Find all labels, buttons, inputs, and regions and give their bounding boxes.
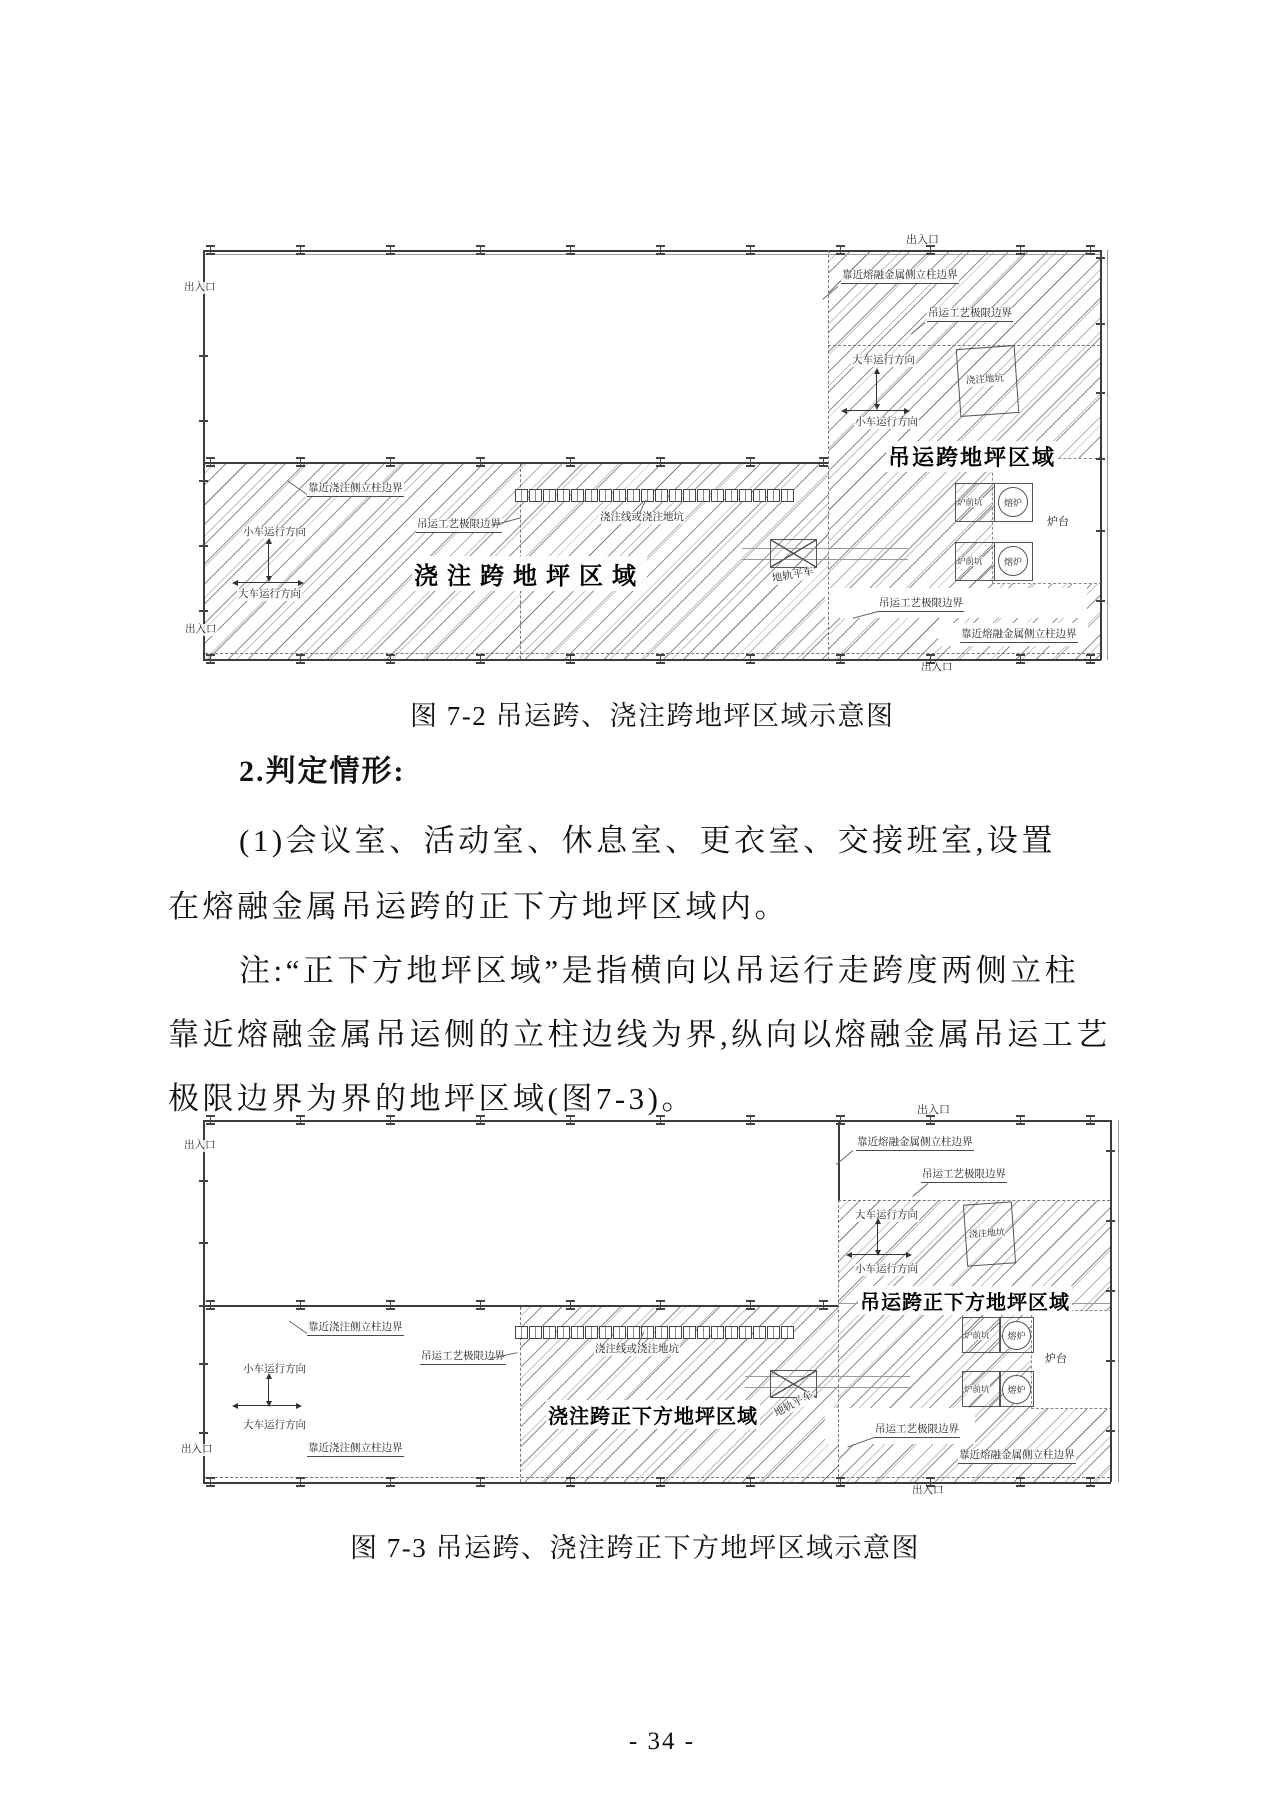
crane-bay-region-title: 吊运跨地坪区域 bbox=[886, 441, 1058, 472]
column-tick bbox=[206, 245, 215, 255]
melting-furnace-box: 熔炉 bbox=[994, 483, 1033, 522]
pour-line-square bbox=[739, 1326, 752, 1339]
column-tick bbox=[296, 1477, 305, 1487]
pour-line-square bbox=[599, 489, 612, 502]
wall-tick bbox=[199, 545, 208, 547]
pour-line-square bbox=[599, 1326, 612, 1339]
figure-7-3-caption: 图 7-3 吊运跨、浇注跨正下方地坪区域示意图 bbox=[350, 1526, 920, 1565]
column-tick bbox=[476, 245, 485, 255]
column-tick bbox=[476, 654, 485, 664]
rail-line bbox=[742, 559, 908, 560]
column-tick bbox=[386, 457, 395, 467]
column-tick bbox=[1016, 654, 1025, 664]
pour-line-square bbox=[585, 489, 598, 502]
pour-line-square bbox=[571, 1326, 584, 1339]
column-tick bbox=[386, 245, 395, 255]
crane-bay-region-title: 吊运跨正下方地坪区域 bbox=[858, 1286, 1072, 1315]
column-tick bbox=[746, 457, 755, 467]
right-wall-outer-line bbox=[1118, 1120, 1119, 1482]
column-tick bbox=[566, 245, 575, 255]
pour-line-square bbox=[669, 489, 682, 502]
pour-line-square bbox=[613, 489, 626, 502]
small-cart-direction-label: 小车运行方向 bbox=[854, 1264, 919, 1276]
furnace-front-pit-box: 炉前坑 bbox=[955, 483, 995, 522]
column-tick bbox=[1086, 654, 1095, 664]
furnace-front-pit-label: 炉前坑 bbox=[957, 498, 983, 507]
column-tick bbox=[926, 245, 935, 255]
column-tick bbox=[926, 1115, 935, 1125]
near-molten-column-boundary-label: 靠近熔融金属侧立柱边界 bbox=[841, 270, 959, 284]
pour-line-or-pit-label: 浇注线或浇注地坑 bbox=[594, 1344, 680, 1356]
vertical-double-arrow bbox=[268, 1379, 269, 1401]
pour-line-square bbox=[683, 489, 696, 502]
wall-tick bbox=[1106, 1360, 1115, 1362]
paragraph-line: (1)会议室、活动室、休息室、更衣室、交接班室,设置 bbox=[239, 815, 1056, 860]
wall-tick bbox=[199, 480, 208, 482]
pour-line-square bbox=[613, 1326, 626, 1339]
furnace-front-pit-label: 炉前坑 bbox=[964, 1385, 990, 1394]
melting-furnace-circle: 熔炉 bbox=[998, 546, 1028, 576]
melting-furnace-label: 熔炉 bbox=[1007, 1329, 1025, 1342]
pour-line-square bbox=[529, 1326, 542, 1339]
pour-line-square bbox=[753, 489, 766, 502]
column-tick bbox=[296, 1115, 305, 1125]
column-tick bbox=[566, 654, 575, 664]
near-molten-column-boundary-label: 靠近熔融金属侧立柱边界 bbox=[958, 1450, 1076, 1464]
wall-tick bbox=[1106, 1430, 1115, 1432]
pour-line-square bbox=[725, 489, 738, 502]
melting-furnace-box: 熔炉 bbox=[999, 1317, 1034, 1353]
pour-line-square bbox=[781, 489, 794, 502]
pour-line-square bbox=[515, 489, 528, 502]
entry-exit-label: 出入口 bbox=[180, 1444, 214, 1456]
entry-exit-label: 出入口 bbox=[183, 1140, 217, 1152]
pour-line-square bbox=[655, 489, 668, 502]
wall-tick bbox=[1096, 600, 1105, 602]
column-tick bbox=[296, 1300, 305, 1310]
pour-line-square bbox=[683, 1326, 696, 1339]
pour-line-square bbox=[585, 1326, 598, 1339]
column-tick bbox=[656, 245, 665, 255]
melting-furnace-circle: 熔炉 bbox=[998, 487, 1028, 517]
big-cart-direction-label: 大车运行方向 bbox=[851, 355, 916, 367]
wall-tick bbox=[1096, 392, 1105, 394]
pour-line-square bbox=[781, 1326, 794, 1339]
pour-line-square bbox=[697, 489, 710, 502]
melting-furnace-label: 熔炉 bbox=[1004, 496, 1022, 509]
right-wall bbox=[1100, 250, 1102, 660]
furnace-front-pit-box: 炉前坑 bbox=[955, 542, 995, 581]
wall-tick bbox=[1106, 1290, 1115, 1292]
crane-limit-line-right bbox=[828, 345, 1100, 346]
column-tick bbox=[836, 654, 845, 664]
left-wall bbox=[203, 250, 205, 660]
pour-line-or-pit-label: 浇注线或浇注地坑 bbox=[599, 512, 685, 524]
vertical-double-arrow bbox=[876, 374, 877, 404]
column-tick bbox=[1086, 1477, 1095, 1487]
pour-line-square bbox=[767, 489, 780, 502]
pour-line-square bbox=[641, 489, 654, 502]
column-tick bbox=[206, 457, 215, 467]
column-tick bbox=[926, 654, 935, 664]
column-tick bbox=[296, 457, 305, 467]
pour-line-square bbox=[767, 1326, 780, 1339]
column-tick bbox=[476, 1477, 485, 1487]
column-tick bbox=[1016, 1115, 1025, 1125]
pour-line-square bbox=[711, 1326, 724, 1339]
column-tick bbox=[566, 1477, 575, 1487]
big-cart-direction-label: 大车运行方向 bbox=[237, 589, 302, 601]
near-molten-column-boundary-label: 靠近熔融金属侧立柱边界 bbox=[960, 629, 1078, 643]
horizontal-double-arrow bbox=[852, 1254, 906, 1255]
column-tick bbox=[476, 1300, 485, 1310]
wall-tick bbox=[1096, 530, 1105, 532]
horizontal-double-arrow bbox=[238, 1405, 296, 1406]
wall-tick bbox=[199, 1242, 208, 1244]
pour-line-square bbox=[725, 1326, 738, 1339]
wall-tick bbox=[199, 610, 208, 612]
big-cart-direction-label: 大车运行方向 bbox=[854, 1210, 919, 1222]
column-tick bbox=[206, 654, 215, 664]
pour-line-square bbox=[711, 489, 724, 502]
column-tick bbox=[386, 1115, 395, 1125]
ground-rail-cart-box bbox=[770, 539, 817, 568]
melting-furnace-circle: 熔炉 bbox=[1002, 1375, 1031, 1404]
bottom-boundary-dash bbox=[205, 653, 1100, 654]
small-cart-direction-label: 小车运行方向 bbox=[242, 527, 307, 539]
left-wall bbox=[203, 1120, 205, 1482]
column-tick bbox=[386, 654, 395, 664]
column-tick bbox=[296, 654, 305, 664]
pour-bay-region-title: 浇注跨正下方地坪区域 bbox=[546, 1400, 760, 1429]
bay-divider-line bbox=[838, 1200, 839, 1482]
near-pour-column-boundary-label: 靠近浇注侧立柱边界 bbox=[307, 483, 404, 497]
rail-line bbox=[742, 548, 908, 549]
wall-tick bbox=[199, 1180, 208, 1182]
column-tick bbox=[566, 1300, 575, 1310]
column-tick bbox=[926, 1477, 935, 1487]
column-tick bbox=[746, 1115, 755, 1125]
column-tick bbox=[476, 457, 485, 467]
horizontal-double-arrow bbox=[847, 410, 904, 411]
note-line: 注:“正下方地坪区域”是指横向以吊运行走跨度两侧立柱 bbox=[239, 945, 1079, 990]
column-tick bbox=[296, 245, 305, 255]
wall-tick bbox=[1106, 1220, 1115, 1222]
pour-line-square bbox=[529, 489, 542, 502]
melting-furnace-circle: 熔炉 bbox=[1002, 1321, 1031, 1350]
furnace-front-pit-box: 炉前坑 bbox=[962, 1317, 1001, 1353]
wall-tick bbox=[199, 420, 208, 422]
crane-limit-boundary-label: 吊运工艺极限边界 bbox=[874, 1424, 960, 1438]
column-tick bbox=[656, 1300, 665, 1310]
furnace-platform-label: 炉台 bbox=[1046, 516, 1070, 529]
column-tick bbox=[656, 1115, 665, 1125]
pour-line-square bbox=[543, 1326, 556, 1339]
pour-line-square bbox=[753, 1326, 766, 1339]
column-tick bbox=[1086, 245, 1095, 255]
near-pour-column-boundary-label: 靠近浇注侧立柱边界 bbox=[307, 1322, 404, 1336]
paragraph-line: 在熔融金属吊运跨的正下方地坪区域内。 bbox=[168, 881, 789, 926]
furnace-front-pit-label: 炉前坑 bbox=[964, 1331, 990, 1340]
big-cart-direction-label: 大车运行方向 bbox=[242, 1420, 307, 1432]
melting-furnace-box: 熔炉 bbox=[999, 1371, 1034, 1407]
small-cart-direction-label: 小车运行方向 bbox=[854, 417, 919, 429]
column-tick bbox=[656, 1477, 665, 1487]
pour-line-square bbox=[697, 1326, 710, 1339]
column-tick bbox=[386, 1300, 395, 1310]
pour-pit-box: 浇注地坑 bbox=[963, 1201, 1016, 1266]
pour-pit-label: 浇注地坑 bbox=[966, 375, 1005, 387]
wall-tick bbox=[199, 1432, 208, 1434]
pour-line-squares bbox=[515, 489, 794, 502]
column-tick bbox=[656, 457, 665, 467]
right-wall bbox=[1110, 1120, 1112, 1482]
wall-tick bbox=[199, 1305, 208, 1307]
column-tick bbox=[566, 1115, 575, 1125]
vertical-double-arrow bbox=[877, 1224, 878, 1250]
small-cart-direction-label: 小车运行方向 bbox=[242, 1364, 307, 1376]
column-tick bbox=[746, 1300, 755, 1310]
pour-line-square bbox=[557, 489, 570, 502]
document-page: { "shared": { "entry_exit": "出入口", "near… bbox=[0, 0, 1280, 1810]
wall-tick bbox=[1096, 323, 1105, 325]
pour-line-square bbox=[515, 1326, 528, 1339]
pour-pit-label: 浇注地坑 bbox=[969, 1228, 1006, 1239]
wall-tick bbox=[199, 355, 208, 357]
section-heading: 2.判定情形: bbox=[239, 746, 406, 790]
near-pour-column-boundary-label: 靠近浇注侧立柱边界 bbox=[307, 1443, 404, 1457]
pour-line-square bbox=[669, 1326, 682, 1339]
bay-divider-line bbox=[828, 250, 829, 660]
leader-line bbox=[912, 1183, 928, 1197]
wall-tick bbox=[1096, 257, 1105, 259]
column-tick bbox=[819, 1300, 828, 1310]
crane-limit-boundary-label: 吊运工艺极限边界 bbox=[927, 308, 1013, 322]
page-number: - 34 - bbox=[582, 1728, 742, 1756]
melting-furnace-label: 熔炉 bbox=[1004, 555, 1022, 568]
pour-line-square bbox=[543, 489, 556, 502]
column-tick bbox=[836, 1477, 845, 1487]
column-tick bbox=[746, 245, 755, 255]
pour-pit-box: 浇注地坑 bbox=[956, 345, 1020, 417]
furnace-platform-label: 炉台 bbox=[1044, 1353, 1068, 1366]
column-tick bbox=[746, 654, 755, 664]
bottom-wall bbox=[203, 659, 1101, 661]
vertical-double-arrow bbox=[268, 544, 269, 576]
entry-exit-label: 出入口 bbox=[183, 282, 217, 294]
wall-tick bbox=[1106, 1150, 1115, 1152]
column-tick bbox=[819, 457, 828, 467]
pour-line-square bbox=[739, 489, 752, 502]
pour-line-squares bbox=[515, 1326, 794, 1339]
column-tick bbox=[476, 1115, 485, 1125]
figure-7-2-caption: 图 7-2 吊运跨、浇注跨地坪区域示意图 bbox=[410, 694, 895, 733]
figure-7-3-diagram: 出入口 出入口 出入口 出入口 靠近熔融金属侧立柱边界 吊运工艺极限边界 大车运… bbox=[170, 1090, 1155, 1595]
furnace-front-pit-label: 炉前坑 bbox=[957, 557, 983, 566]
wall-tick bbox=[199, 1363, 208, 1365]
note-line: 靠近熔融金属吊运侧的立柱边线为界,纵向以熔融金属吊运工艺 bbox=[168, 1009, 1111, 1054]
column-tick bbox=[836, 1115, 845, 1125]
column-tick bbox=[836, 245, 845, 255]
top-wall bbox=[203, 250, 1101, 252]
crane-limit-boundary-label: 吊运工艺极限边界 bbox=[416, 519, 502, 533]
horizontal-double-arrow bbox=[238, 582, 298, 583]
melting-furnace-label: 熔炉 bbox=[1007, 1383, 1025, 1396]
near-molten-column-boundary-label: 靠近熔融金属侧立柱边界 bbox=[856, 1137, 974, 1151]
pour-line-square bbox=[627, 1326, 640, 1339]
wall-tick bbox=[1096, 458, 1105, 460]
furnace-front-pit-box: 炉前坑 bbox=[962, 1371, 1001, 1407]
melting-furnace-box: 熔炉 bbox=[994, 542, 1033, 581]
pour-line-square bbox=[571, 489, 584, 502]
crane-limit-boundary-label: 吊运工艺极限边界 bbox=[878, 598, 964, 612]
figure-7-2-diagram: 出入口 出入口 出入口 出入口 靠近熔融金属侧立柱边界 吊运工艺极限边界 大车运… bbox=[170, 225, 1115, 690]
crane-limit-boundary-label: 吊运工艺极限边界 bbox=[921, 1169, 1007, 1183]
pour-line-square bbox=[557, 1326, 570, 1339]
leader-line bbox=[289, 1320, 308, 1333]
column-tick bbox=[386, 1477, 395, 1487]
column-tick bbox=[566, 457, 575, 467]
column-tick bbox=[746, 1477, 755, 1487]
column-tick bbox=[206, 1115, 215, 1125]
column-tick bbox=[656, 654, 665, 664]
column-tick bbox=[1016, 245, 1025, 255]
entry-exit-label: 出入口 bbox=[184, 624, 218, 636]
top-wall-inner-line bbox=[203, 254, 1101, 255]
pour-line-square bbox=[627, 489, 640, 502]
right-wall-outer-line bbox=[1107, 250, 1108, 660]
pour-line-square bbox=[655, 1326, 668, 1339]
column-tick bbox=[1086, 1115, 1095, 1125]
column-tick bbox=[1016, 1477, 1025, 1487]
pour-bay-region-title: 浇注跨地坪区域 bbox=[412, 556, 647, 591]
column-tick bbox=[206, 1477, 215, 1487]
crane-limit-line-right bbox=[838, 1200, 1110, 1201]
